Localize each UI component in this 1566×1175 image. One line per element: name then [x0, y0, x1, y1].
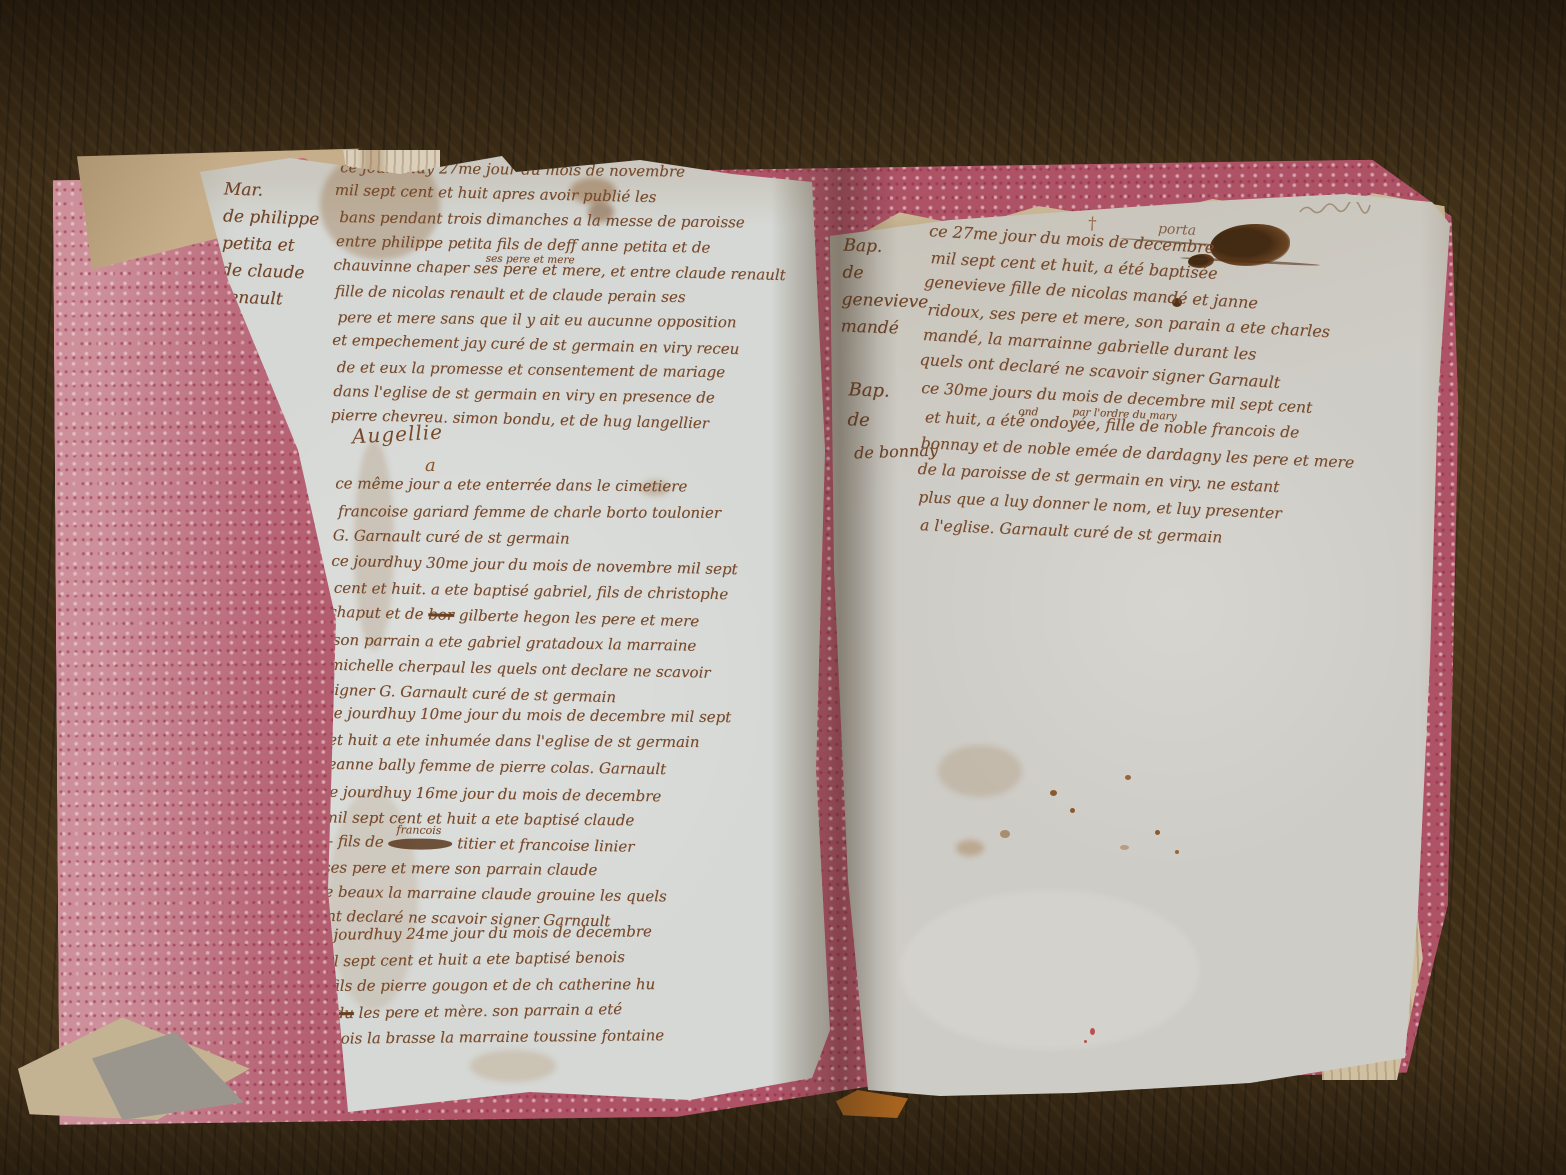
faded-corner-scribble: [1298, 202, 1372, 218]
margin-line: Bap.: [843, 233, 931, 263]
stain: [956, 840, 984, 856]
margin-line: Mar.: [223, 176, 320, 206]
foxing-spot: [1175, 850, 1179, 854]
body-line: — fils de pierre gougon et de ch catheri…: [310, 971, 662, 999]
body-line: ce même jour a ete enterrée dans le cime…: [335, 470, 718, 500]
margin-line: de claude: [221, 257, 318, 287]
right-page: † porta Bap. de genevieve mandé ce 27me …: [820, 190, 1465, 1110]
foxing-spot: [1125, 775, 1131, 780]
margin-line: mandé: [840, 313, 928, 343]
foxing-spot: [1050, 790, 1057, 796]
margin-line: genevieve: [841, 286, 929, 316]
line-fragment: gilberte hegon les pere et mere: [454, 606, 700, 630]
entry-body-baptism-titier: ce jourdhuy 16me jour du mois de decembr…: [319, 780, 668, 935]
entry-body-baptism-chaput: ce jourdhuy 30me jour du mois de novembr…: [328, 548, 737, 712]
margin-line: de: [842, 260, 930, 290]
entry-body-burial-bally: ce jourdhuy 10me jour du mois de decembr…: [325, 700, 732, 782]
margin-line: petita et: [222, 230, 319, 260]
interline-correction: francois: [396, 817, 441, 843]
body-line: ce jourdhuy 10me jour du mois de decembr…: [325, 700, 731, 730]
margin-line: de: [847, 405, 889, 436]
stain: [938, 745, 1022, 797]
entry-body-baptism-bonnay: ond par l'ordre du mary ce 30me jours du…: [917, 376, 1358, 558]
line-fragment: titier et francoise linier: [452, 834, 634, 855]
entry-body-marriage-petita-renault: ses pere et mere ce jourd'huy 27me jour …: [333, 154, 790, 437]
body-line: benois la brasse la marraine toussine fo…: [312, 1022, 664, 1052]
body-line-with-strikeout: gudu les pere et mère. son parrain a eté: [315, 995, 667, 1026]
foxing-spot: [1000, 830, 1010, 838]
margin-line: de philippe: [223, 203, 320, 233]
foxing-spot: [1120, 845, 1129, 850]
margin-line: Bap.: [848, 375, 890, 406]
entry-body-burial-gariard: ce même jour a ete enterrée dans le cime…: [335, 470, 719, 553]
paper-sheen: [900, 890, 1200, 1050]
body-line: mil sept cent et huit a ete baptisé beno…: [315, 943, 667, 974]
entry-body-baptism-gougon: ce jourdhuy 24me jour du mois de decembr…: [311, 918, 664, 1052]
margin-note-baptism-bonnay: Bap. de: [847, 375, 890, 436]
line-fragment: les pere et mère. son parrain a eté: [354, 1000, 623, 1022]
photo-canvas: † Mar. de philippe petita et de claude r…: [0, 0, 1566, 1175]
body-line: ses pere et mere son parrain claude: [323, 855, 670, 883]
entry-body-baptism-mande: ce 27me jour du mois de decembre mil sep…: [921, 218, 1333, 398]
line-fragment: chaput et de: [328, 603, 428, 624]
foxing-spot: [1070, 808, 1075, 813]
priest-signature: Augellie: [351, 420, 443, 449]
body-line: jeanne bally femme de pierre colas. Garn…: [323, 751, 729, 783]
foxing-spot: [1155, 830, 1160, 835]
margin-note-marriage-petita-renault: Mar. de philippe petita et de claude ren…: [220, 176, 321, 314]
body-line: francoise gariard femme de charle borto …: [338, 498, 721, 526]
stain: [470, 1050, 556, 1082]
struck-word: bor: [428, 605, 454, 624]
margin-note-baptism-mande: Bap. de genevieve mandé: [840, 233, 930, 344]
